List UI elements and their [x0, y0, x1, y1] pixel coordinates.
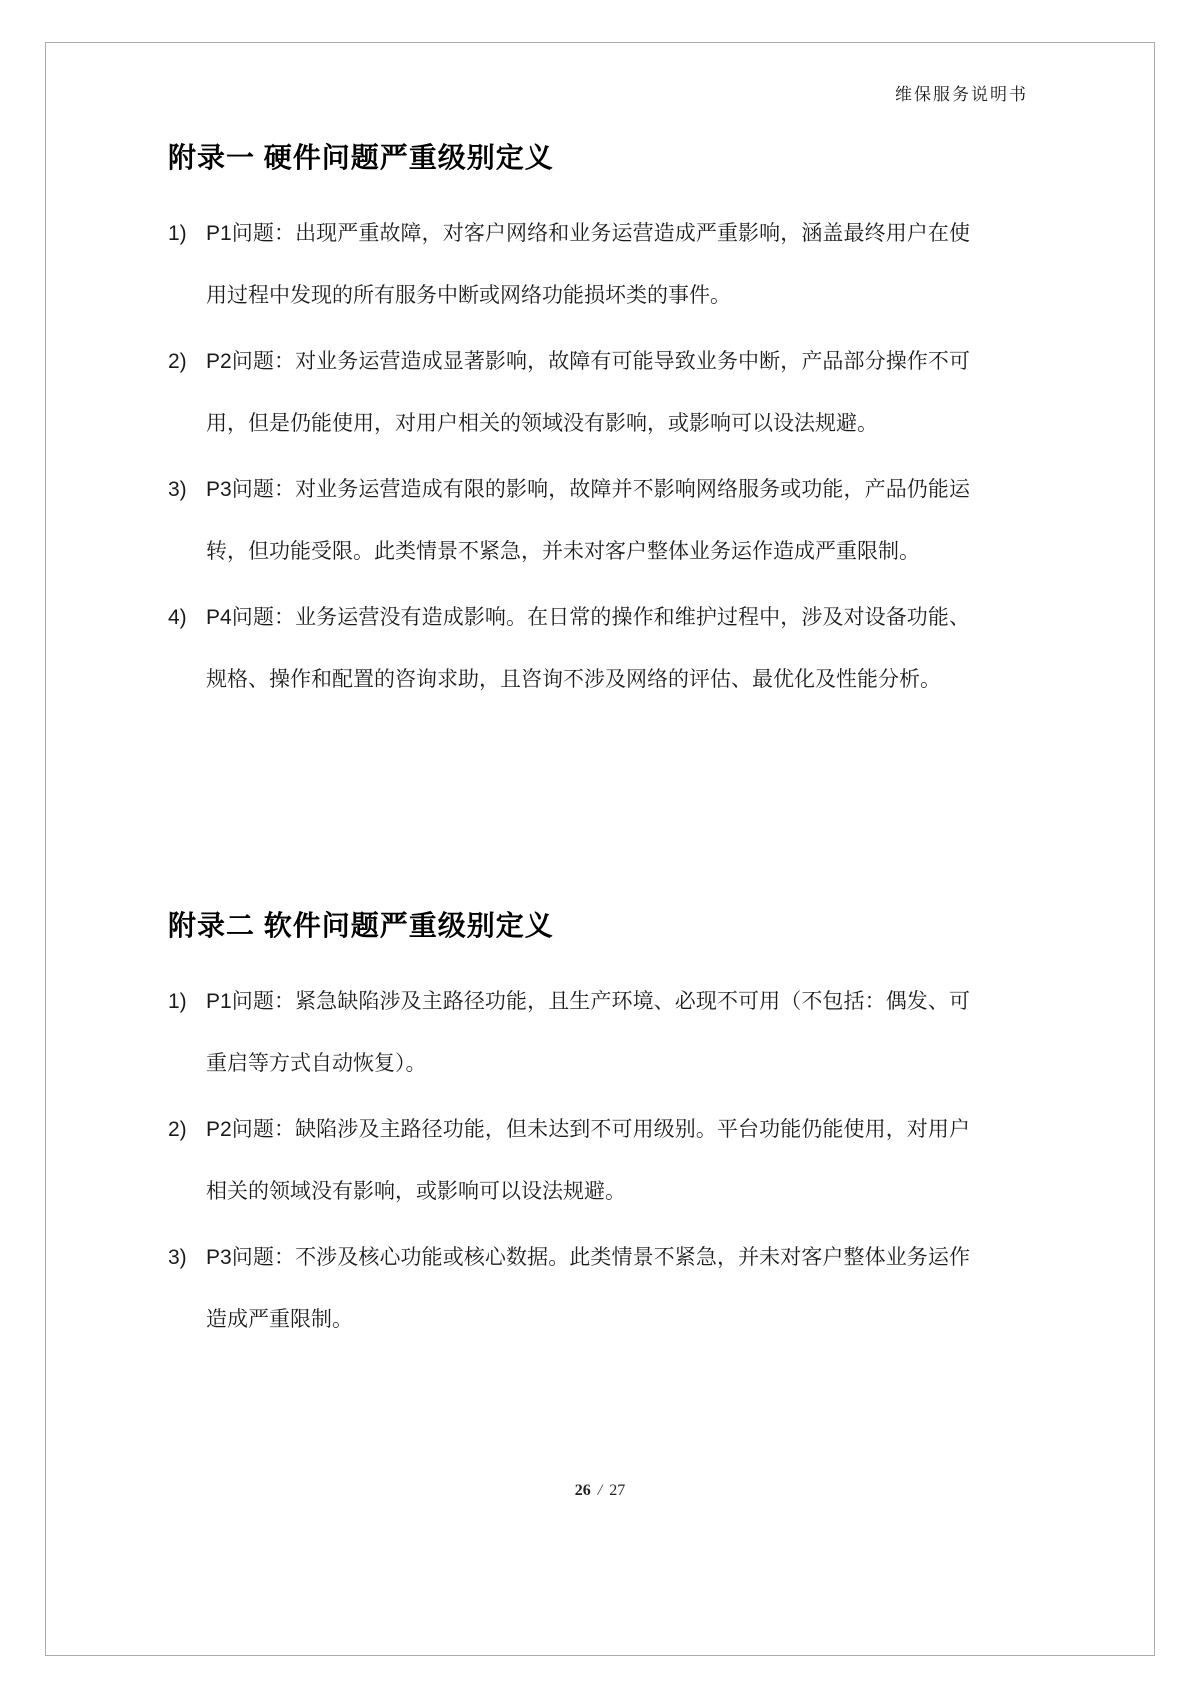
section-1-list: 1) P1问题：出现严重故障，对客户网络和业务运营造成严重影响，涵盖最终用户在使… [168, 203, 970, 711]
item-number: 1) [168, 971, 187, 1033]
item-text: P2问题：缺陷涉及主路径功能，但未达到不可用级别。平台功能仍能使用，对用户相关的… [206, 1118, 970, 1203]
section-1-title: 附录一 硬件问题严重级别定义 [168, 138, 970, 177]
list-item: 1) P1问题：紧急缺陷涉及主路径功能，且生产环境、必现不可用（不包括：偶发、可… [168, 971, 970, 1095]
list-item: 3) P3问题：对业务运营造成有限的影响，故障并不影响网络服务或功能，产品仍能运… [168, 459, 970, 583]
section-2-list: 1) P1问题：紧急缺陷涉及主路径功能，且生产环境、必现不可用（不包括：偶发、可… [168, 971, 970, 1351]
list-item: 4) P4问题：业务运营没有造成影响。在日常的操作和维护过程中，涉及对设备功能、… [168, 587, 970, 711]
page-footer: 26/27 [0, 1482, 1200, 1500]
item-text: P2问题：对业务运营造成显著影响，故障有可能导致业务中断，产品部分操作不可用，但… [206, 350, 970, 435]
document-page: 维保服务说明书 附录一 硬件问题严重级别定义 1) P1问题：出现严重故障，对客… [0, 0, 1200, 1698]
item-text: P4问题：业务运营没有造成影响。在日常的操作和维护过程中，涉及对设备功能、规格、… [206, 606, 970, 691]
item-number: 3) [168, 459, 187, 521]
total-page-number: 27 [609, 1482, 625, 1499]
item-number: 2) [168, 1099, 187, 1161]
item-number: 3) [168, 1227, 187, 1289]
item-number: 1) [168, 203, 187, 265]
list-item: 3) P3问题：不涉及核心功能或核心数据。此类情景不紧急，并未对客户整体业务运作… [168, 1227, 970, 1351]
item-text: P3问题：对业务运营造成有限的影响，故障并不影响网络服务或功能，产品仍能运转，但… [206, 478, 970, 563]
item-text: P3问题：不涉及核心功能或核心数据。此类情景不紧急，并未对客户整体业务运作造成严… [206, 1246, 970, 1331]
item-text: P1问题：紧急缺陷涉及主路径功能，且生产环境、必现不可用（不包括：偶发、可重启等… [206, 990, 970, 1075]
item-number: 2) [168, 331, 187, 393]
page-number-separator: / [598, 1482, 602, 1499]
item-number: 4) [168, 587, 187, 649]
item-text: P1问题：出现严重故障，对客户网络和业务运营造成严重影响，涵盖最终用户在使用过程… [206, 222, 970, 307]
list-item: 2) P2问题：对业务运营造成显著影响，故障有可能导致业务中断，产品部分操作不可… [168, 331, 970, 455]
document-content: 附录一 硬件问题严重级别定义 1) P1问题：出现严重故障，对客户网络和业务运营… [168, 0, 970, 1351]
list-item: 2) P2问题：缺陷涉及主路径功能，但未达到不可用级别。平台功能仍能使用，对用户… [168, 1099, 970, 1223]
section-2-title: 附录二 软件问题严重级别定义 [168, 906, 970, 945]
current-page-number: 26 [575, 1482, 591, 1499]
list-item: 1) P1问题：出现严重故障，对客户网络和业务运营造成严重影响，涵盖最终用户在使… [168, 203, 970, 327]
